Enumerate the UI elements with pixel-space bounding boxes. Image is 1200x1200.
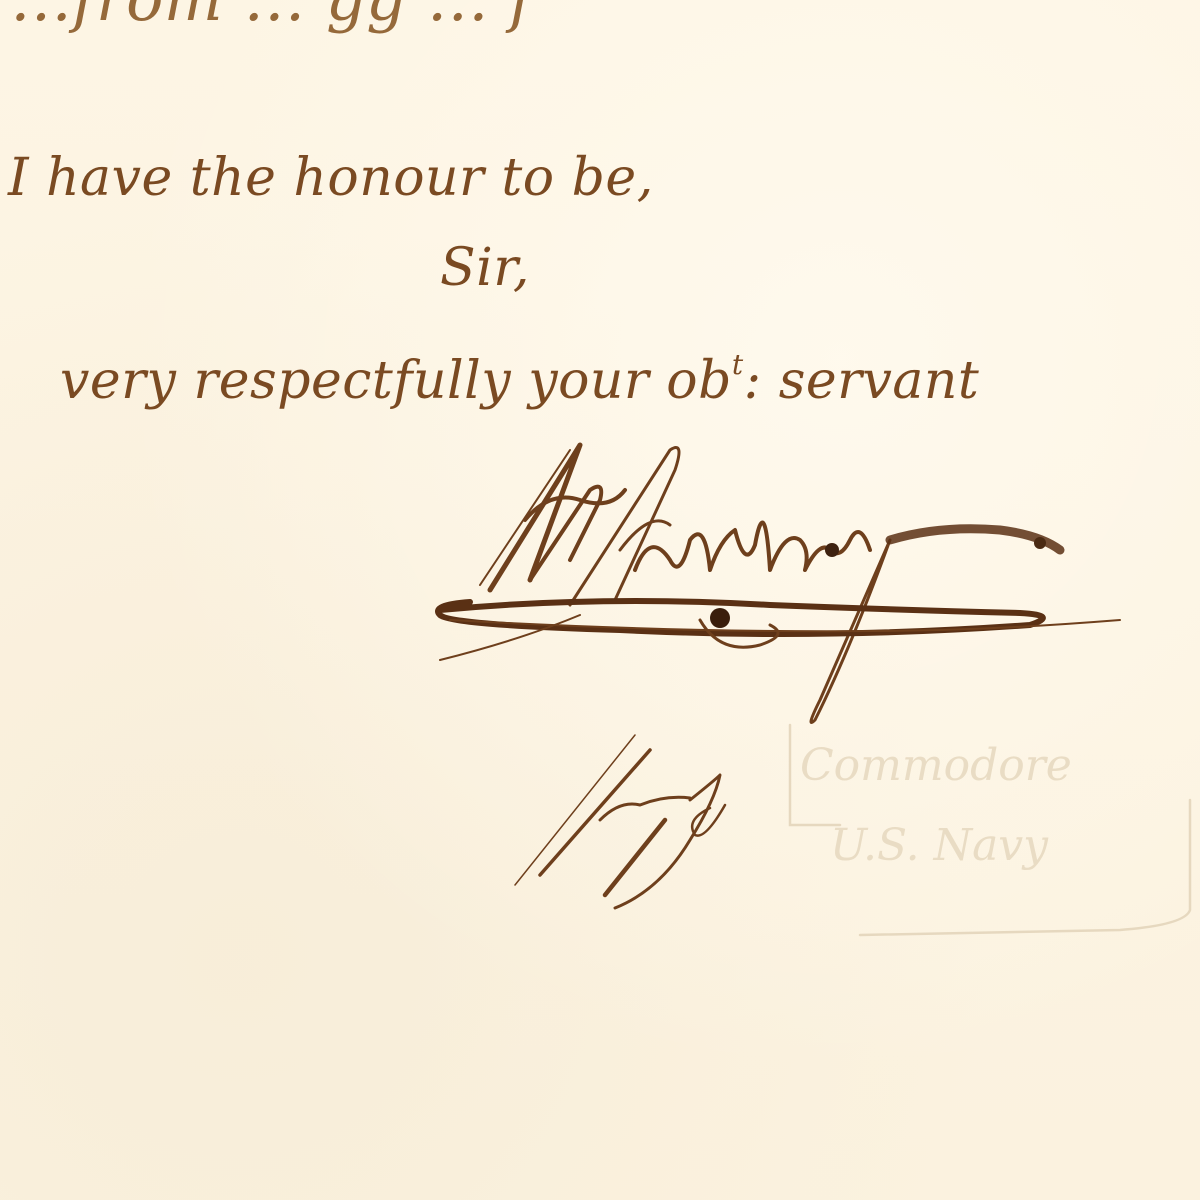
closing-line-sir: Sir, — [440, 238, 530, 298]
closing-servant-main: very respectfully your ob — [60, 351, 732, 411]
closing-servant-superscript: t — [732, 348, 744, 381]
pencil-annotation-line-2: U.S. Navy — [830, 820, 1048, 871]
signature-bainbridge — [420, 430, 1200, 730]
closing-servant-end: : servant — [744, 351, 980, 411]
closing-line-servant: very respectfully your obt: servant — [60, 348, 979, 411]
secondary-initial-mark — [490, 720, 750, 920]
closing-line-honour: I have the honour to be, — [8, 148, 654, 208]
cut-off-text-line: …from … gg … f — [10, 0, 533, 35]
pencil-annotation-line-1: Commodore — [800, 740, 1072, 791]
